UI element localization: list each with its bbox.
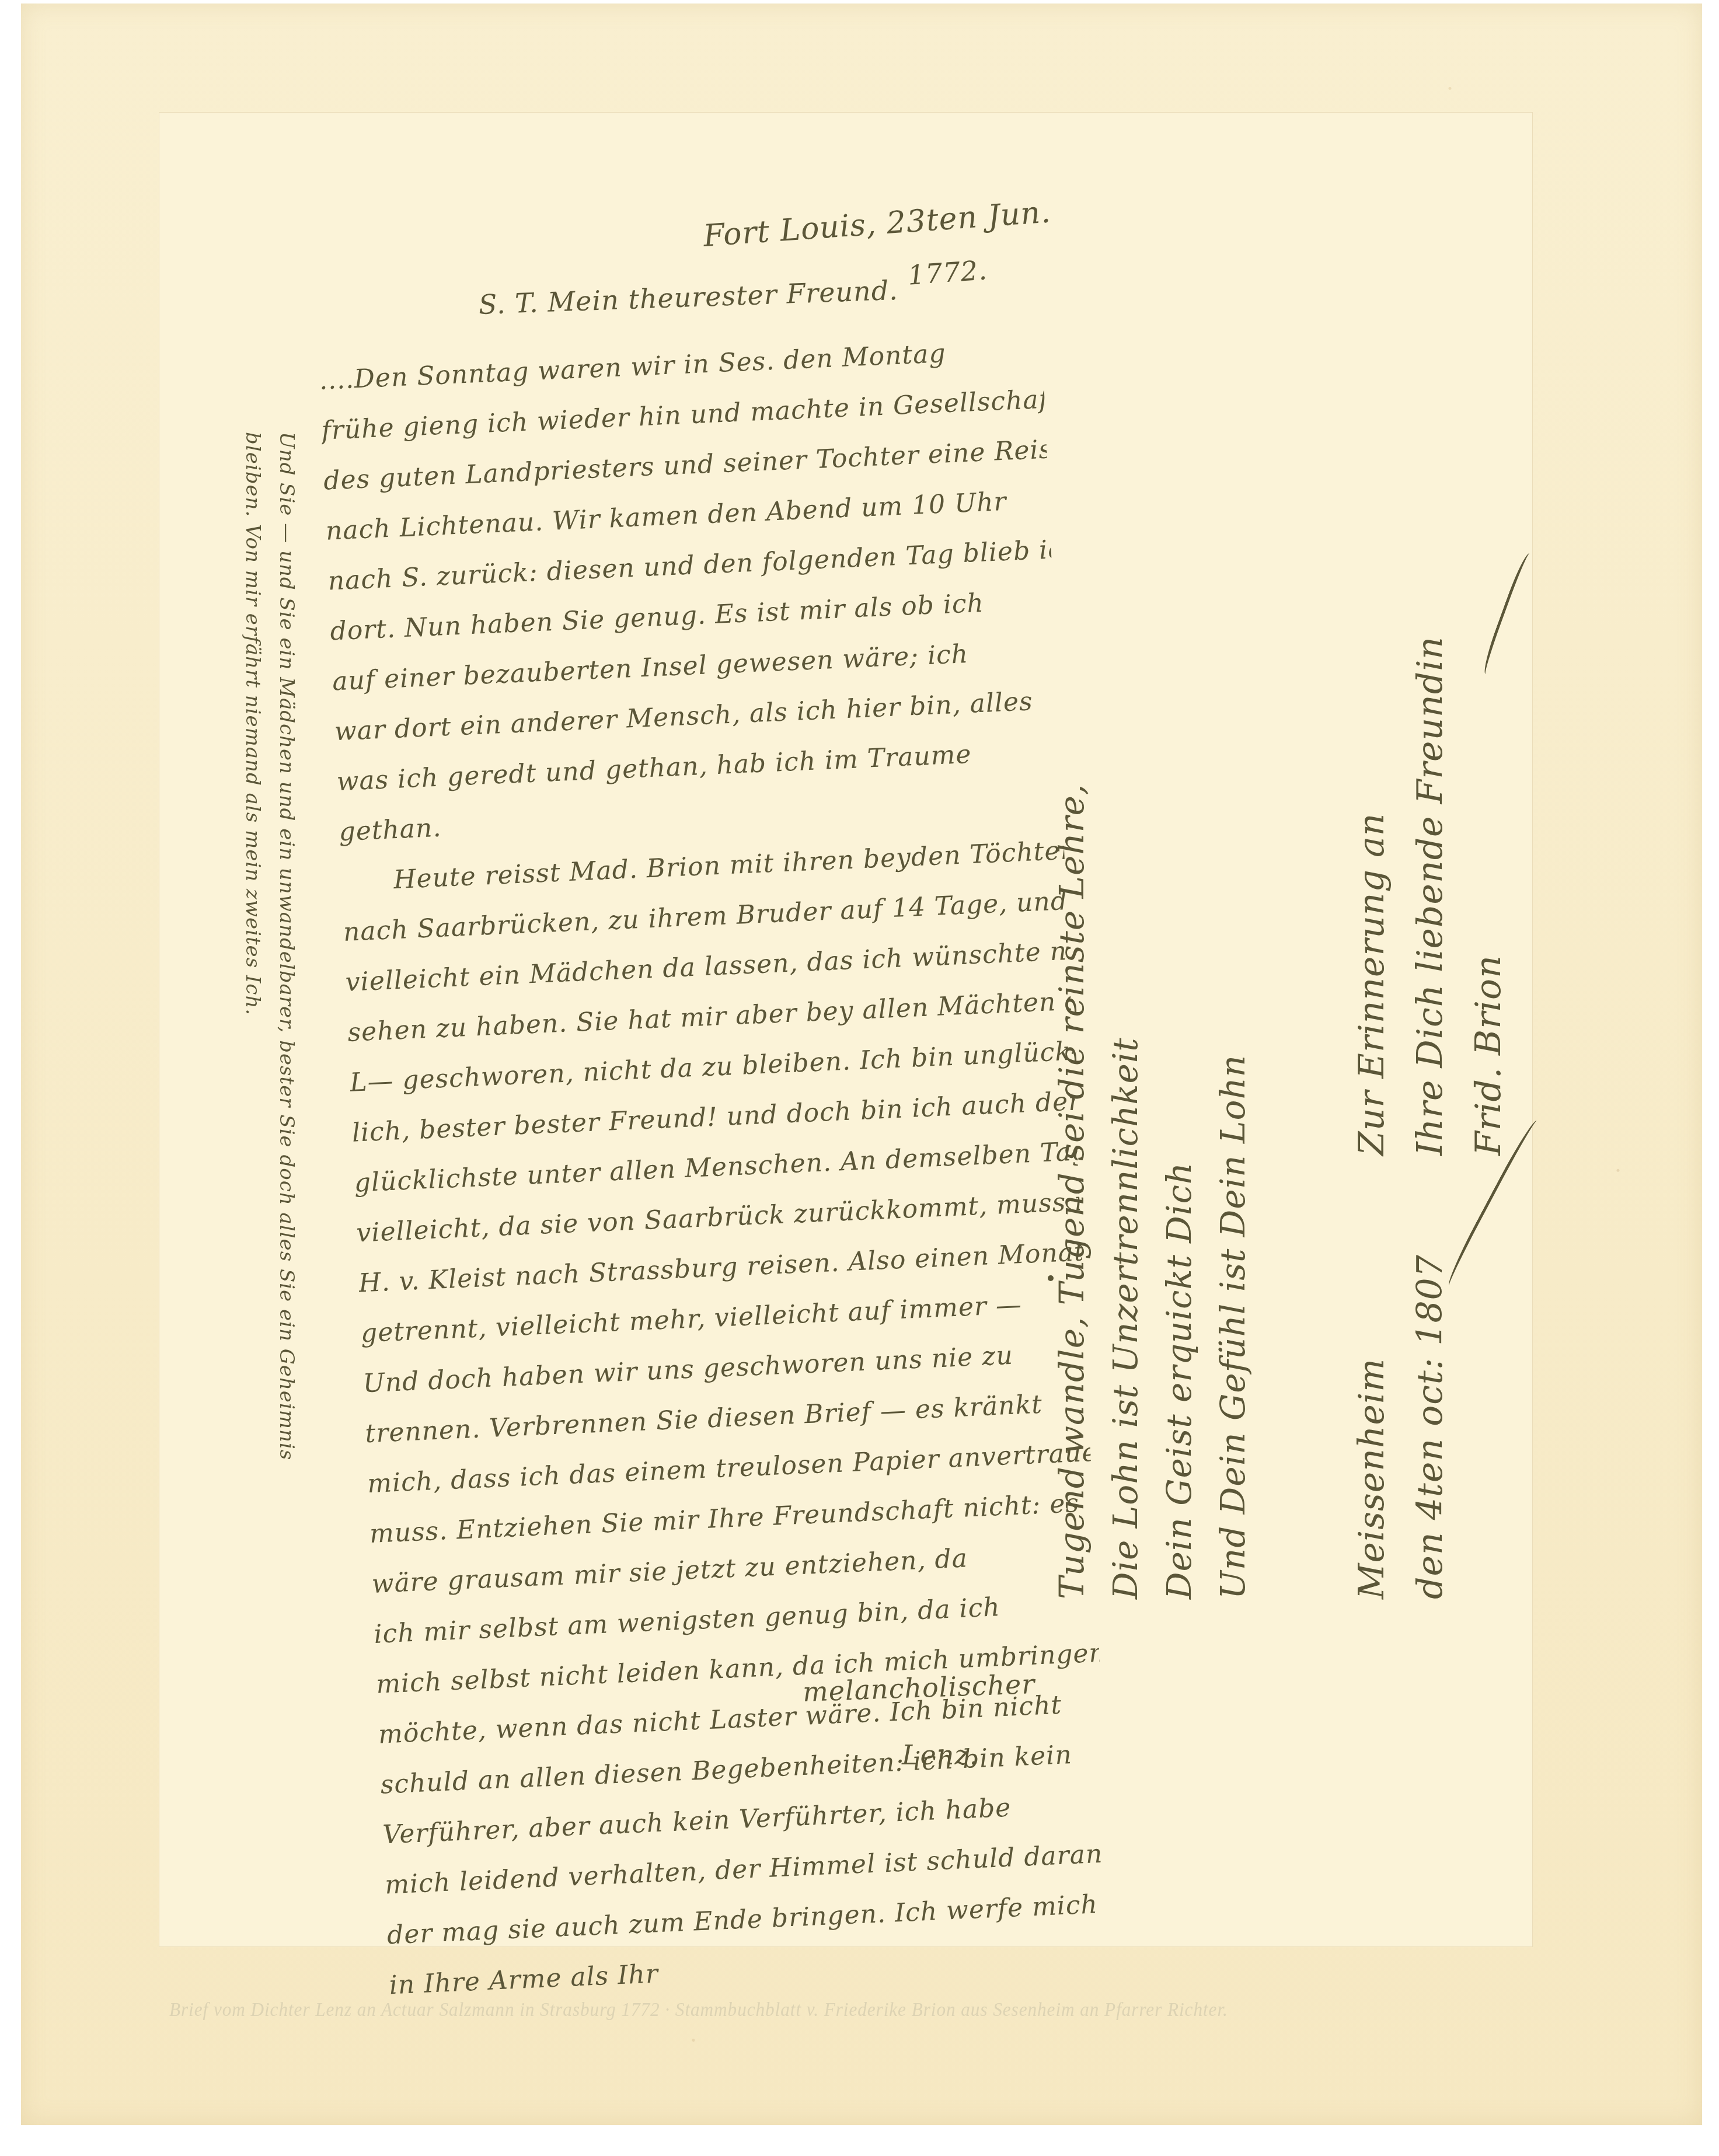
letter-year: 1772. xyxy=(906,254,988,291)
album-verse-line: Tugend wandle, Tugend sei die reinste Le… xyxy=(1045,514,1099,1599)
album-date: den 4ten oct: 1807 xyxy=(1401,1156,1459,1599)
album-dedication-text: Ihre Dich liebende Freundin xyxy=(1410,636,1450,1156)
album-dedication-line: MeissenheimZur Erinnerung an xyxy=(1343,514,1401,1599)
album-signature: Frid. Brion xyxy=(1468,955,1509,1156)
album-dedication-text: Zur Erinnerung an xyxy=(1351,813,1392,1156)
album-verse-line: Und Dein Gefühl ist Dein Lohn xyxy=(1206,514,1260,1599)
album-dedication-line: Frid. Brion xyxy=(1459,514,1518,1599)
plate-caption: Brief vom Dichter Lenz an Actuar Salzman… xyxy=(169,1999,1490,2021)
album-verse-text: Und Dein Gefühl ist Dein Lohn xyxy=(1213,1055,1253,1599)
letter-signature: Lenz. xyxy=(902,1739,978,1771)
margin-note-line: Und Sie — und Sie ein Mädchen und ein un… xyxy=(270,432,304,1693)
margin-note: Und Sie — und Sie ein Mädchen und ein un… xyxy=(222,432,304,1693)
album-leaf-dedication: MeissenheimZur Erinnerung an den 4ten oc… xyxy=(1343,514,1564,1599)
album-leaf-verse: Tugend wandle, Tugend sei die reinste Le… xyxy=(1045,514,1319,1599)
letter-body: ....Den Sonntag waren wir in Ses. den Mo… xyxy=(318,325,1114,2011)
album-verse-line: Dein Geist erquickt Dich xyxy=(1152,514,1206,1599)
album-verse-line: Die Lohn ist Unzertrennlichkeit xyxy=(1099,514,1152,1599)
album-dedication-line: den 4ten oct: 1807Ihre Dich liebende Fre… xyxy=(1401,514,1459,1599)
album-place: Meissenheim xyxy=(1343,1156,1401,1599)
margin-note-line: bleiben. Von mir erfährt niemand als mei… xyxy=(236,432,270,1693)
